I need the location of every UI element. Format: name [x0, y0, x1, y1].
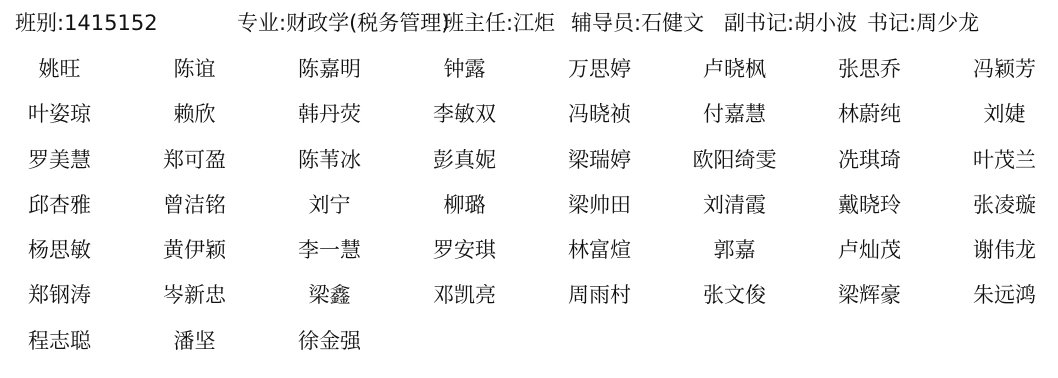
major: 专业:财政学(税务管理)	[237, 6, 443, 40]
student-name: 徐金强	[262, 319, 397, 364]
student-name: 程志聪	[0, 319, 127, 364]
student-name: 柳璐	[397, 183, 532, 228]
student-name: 付嘉慧	[667, 92, 802, 137]
student-name: 刘婕	[937, 92, 1058, 137]
student-name: 谢伟龙	[937, 228, 1058, 273]
student-name-grid: 姚旺陈谊陈嘉明钟露万思婷卢晓枫张思乔冯颖芳叶姿琼赖欣韩丹荧李敏双冯晓祯付嘉慧林蔚…	[0, 47, 1058, 364]
student-name: 岑新忠	[127, 273, 262, 318]
student-name: 卢晓枫	[667, 47, 802, 92]
counselor: 辅导员:石健文	[571, 6, 724, 40]
student-name: 梁瑞婷	[532, 138, 667, 183]
student-name: 韩丹荧	[262, 92, 397, 137]
student-name: 邓凯亮	[397, 273, 532, 318]
student-name: 曾洁铭	[127, 183, 262, 228]
student-name: 郑钢涛	[0, 273, 127, 318]
student-name: 林蔚纯	[802, 92, 937, 137]
student-name: 潘坚	[127, 319, 262, 364]
secretary: 书记:周少龙	[867, 6, 1017, 40]
student-name: 郭嘉	[667, 228, 802, 273]
student-name: 冯晓祯	[532, 92, 667, 137]
student-name: 李敏双	[397, 92, 532, 137]
deputy-secretary: 副书记:胡小波	[724, 6, 867, 40]
class-number: 班别:1415152	[15, 6, 237, 40]
student-name: 林富煊	[532, 228, 667, 273]
student-name: 罗安琪	[397, 228, 532, 273]
student-name: 叶茂兰	[937, 138, 1058, 183]
student-name: 陈谊	[127, 47, 262, 92]
student-name: 梁鑫	[262, 273, 397, 318]
student-name: 彭真妮	[397, 138, 532, 183]
student-name: 朱远鸿	[937, 273, 1058, 318]
student-name: 刘清霞	[667, 183, 802, 228]
student-name: 郑可盈	[127, 138, 262, 183]
student-name: 万思婷	[532, 47, 667, 92]
student-name: 欧阳绮雯	[667, 138, 802, 183]
student-name: 刘宁	[262, 183, 397, 228]
class-info-header: 班别:1415152 专业:财政学(税务管理) 班主任:江炬 辅导员:石健文 副…	[15, 6, 1058, 40]
student-name: 冯颖芳	[937, 47, 1058, 92]
student-name: 张思乔	[802, 47, 937, 92]
student-name: 周雨村	[532, 273, 667, 318]
student-name: 赖欣	[127, 92, 262, 137]
student-name: 李一慧	[262, 228, 397, 273]
student-name: 梁辉豪	[802, 273, 937, 318]
student-name: 陈苇冰	[262, 138, 397, 183]
head-teacher: 班主任:江炬	[443, 6, 571, 40]
student-name: 戴晓玲	[802, 183, 937, 228]
student-name: 张文俊	[667, 273, 802, 318]
student-name: 钟露	[397, 47, 532, 92]
student-name: 陈嘉明	[262, 47, 397, 92]
student-name: 黄伊颖	[127, 228, 262, 273]
student-name: 梁帅田	[532, 183, 667, 228]
student-name: 卢灿茂	[802, 228, 937, 273]
student-name: 杨思敏	[0, 228, 127, 273]
student-name: 张凌璇	[937, 183, 1058, 228]
student-name: 罗美慧	[0, 138, 127, 183]
student-name: 姚旺	[0, 47, 127, 92]
student-name: 邱杏雅	[0, 183, 127, 228]
student-name: 冼琪琦	[802, 138, 937, 183]
student-name: 叶姿琼	[0, 92, 127, 137]
